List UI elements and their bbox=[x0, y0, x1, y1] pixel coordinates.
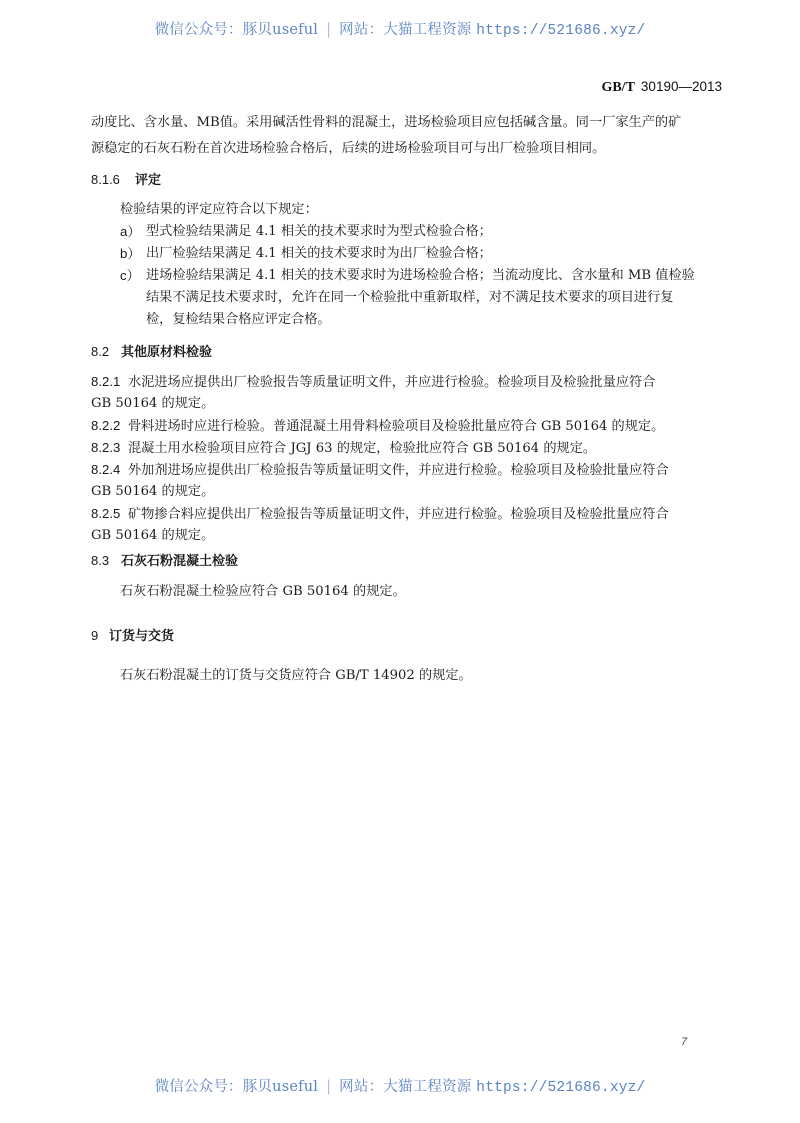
clause-8-2-4-cont: GB 50164 的规定。 bbox=[91, 484, 214, 500]
top-watermark: 微信公众号：豚贝useful|网站：大猫工程资源 https://521686.… bbox=[0, 18, 800, 39]
list-item-b: 出厂检验结果满足 4.1 相关的技术要求时为出厂检验合格； bbox=[146, 246, 492, 262]
clause-8-2-4: 8.2.4外加剂进场应提供出厂检验报告等质量证明文件，并应进行检验。检验项目及检… bbox=[91, 462, 669, 479]
standard-code: GB/T30190—2013 bbox=[601, 79, 722, 96]
clause-8-2-3: 8.2.3混凝土用水检验项目应符合 JGJ 63 的规定，检验批应符合 GB 5… bbox=[91, 440, 596, 457]
watermark-separator: | bbox=[326, 1079, 331, 1095]
clause-number: 8.2.2 bbox=[91, 418, 128, 434]
site-url[interactable]: https://521686.xyz/ bbox=[476, 1080, 645, 1096]
list-marker: a） bbox=[120, 224, 141, 240]
section-number: 8.3 bbox=[91, 553, 121, 569]
section-9-body: 石灰石粉混凝土的订货与交货应符合 GB/T 14902 的规定。 bbox=[120, 668, 472, 684]
wechat-label: 微信公众号：豚贝useful bbox=[155, 22, 319, 38]
list-marker: c） bbox=[120, 268, 140, 284]
wechat-label: 微信公众号：豚贝useful bbox=[155, 1079, 319, 1095]
section-heading-8-2: 8.2其他原材料检验 bbox=[91, 344, 212, 361]
list-marker: b） bbox=[120, 246, 141, 262]
section-title: 订货与交货 bbox=[109, 629, 174, 644]
clause-text: 矿物掺合料应提供出厂检验报告等质量证明文件，并应进行检验。检验项目及检验批量应符… bbox=[128, 507, 669, 522]
site-url[interactable]: https://521686.xyz/ bbox=[476, 23, 645, 39]
section-heading-8-3: 8.3石灰石粉混凝土检验 bbox=[91, 553, 238, 570]
clause-number: 8.2.5 bbox=[91, 506, 128, 522]
watermark-separator: | bbox=[326, 22, 331, 38]
clause-8-2-1-cont: GB 50164 的规定。 bbox=[91, 396, 214, 412]
bottom-watermark: 微信公众号：豚贝useful|网站：大猫工程资源 https://521686.… bbox=[0, 1075, 800, 1096]
clause-8-2-5: 8.2.5矿物掺合料应提供出厂检验报告等质量证明文件，并应进行检验。检验项目及检… bbox=[91, 506, 669, 523]
section-number: 8.1.6 bbox=[91, 172, 135, 188]
section-number: 8.2 bbox=[91, 344, 121, 360]
list-item-c-cont: 检，复检结果合格应评定合格。 bbox=[146, 312, 331, 328]
section-heading-9: 9订货与交货 bbox=[91, 628, 174, 645]
clause-8-2-2: 8.2.2骨料进场时应进行检验。普通混凝土用骨料检验项目及检验批量应符合 GB … bbox=[91, 418, 664, 435]
section-number: 9 bbox=[91, 628, 109, 644]
clause-number: 8.2.3 bbox=[91, 440, 128, 456]
clause-text: 外加剂进场应提供出厂检验报告等质量证明文件，并应进行检验。检验项目及检验批量应符… bbox=[128, 463, 669, 478]
list-item-c: 进场检验结果满足 4.1 相关的技术要求时为进场检验合格；当流动度比、含水量和 … bbox=[146, 268, 695, 284]
site-label: 网站：大猫工程资源 bbox=[339, 22, 471, 38]
clause-number: 8.2.1 bbox=[91, 374, 128, 390]
clause-8-2-1: 8.2.1水泥进场应提供出厂检验报告等质量证明文件，并应进行检验。检验项目及检验… bbox=[91, 374, 656, 391]
continued-paragraph-line: 源稳定的石灰石粉在首次进场检验合格后，后续的进场检验项目可与出厂检验项目相同。 bbox=[91, 141, 605, 157]
evaluation-intro: 检验结果的评定应符合以下规定： bbox=[120, 202, 318, 218]
section-heading-8-1-6: 8.1.6评定 bbox=[91, 172, 161, 189]
standard-prefix: GB/T bbox=[601, 80, 634, 95]
clause-text: 混凝土用水检验项目应符合 JGJ 63 的规定，检验批应符合 GB 50164 … bbox=[128, 441, 596, 456]
clause-text: 水泥进场应提供出厂检验报告等质量证明文件，并应进行检验。检验项目及检验批量应符合 bbox=[128, 375, 656, 390]
list-item-a: 型式检验结果满足 4.1 相关的技术要求时为型式检验合格； bbox=[146, 224, 492, 240]
clause-8-2-5-cont: GB 50164 的规定。 bbox=[91, 528, 214, 544]
section-8-3-body: 石灰石粉混凝土检验应符合 GB 50164 的规定。 bbox=[120, 584, 406, 600]
section-title: 其他原材料检验 bbox=[121, 345, 212, 360]
page-number: 7 bbox=[681, 1036, 687, 1048]
site-label: 网站：大猫工程资源 bbox=[339, 1079, 471, 1095]
clause-text: 骨料进场时应进行检验。普通混凝土用骨料检验项目及检验批量应符合 GB 50164… bbox=[128, 419, 664, 434]
section-title: 评定 bbox=[135, 173, 161, 188]
standard-number: 30190—2013 bbox=[641, 79, 722, 94]
section-title: 石灰石粉混凝土检验 bbox=[121, 554, 238, 569]
continued-paragraph-line: 动度比、含水量、MB值。采用碱活性骨料的混凝土，进场检验项目应包括碱含量。同一厂… bbox=[91, 115, 681, 131]
list-item-c-cont: 结果不满足技术要求时，允许在同一个检验批中重新取样，对不满足技术要求的项目进行复 bbox=[146, 290, 674, 306]
clause-number: 8.2.4 bbox=[91, 462, 128, 478]
